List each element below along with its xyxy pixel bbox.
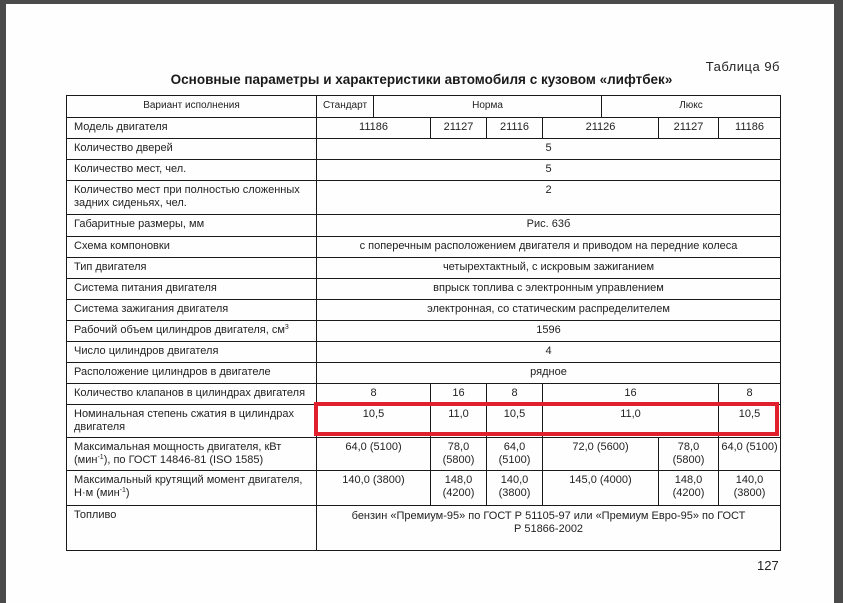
row-value: бензин «Премиум-95» по ГОСТ Р 51105-97 и… [316,505,781,551]
row-label: Количество мест, чел. [66,159,317,181]
row-label: Рабочий объем цилиндров двигателя, см3 [66,320,317,342]
header-group-1: Стандарт [316,95,374,118]
row-value: 64,0 (5100) [316,437,431,471]
row-label: Расположение цилиндров в двигателе [66,362,317,384]
row-value: 145,0 (4000) [542,470,659,506]
row-value: 10,5 [718,404,781,438]
row-value: 72,0 (5600) [542,437,659,471]
row-value: 4 [316,341,781,363]
row-label: Число цилиндров двигателя [66,341,317,363]
row-label: Система зажигания двигателя [66,299,317,321]
row-value: 16 [430,383,487,405]
row-label: Максимальная мощность двигателя, кВт (ми… [66,437,317,471]
row-value: 64,0 (5100) [718,437,781,471]
row-value: 21126 [542,117,659,139]
row-value: 140,0 (3800) [486,470,543,506]
row-value: 148,0 (4200) [430,470,487,506]
table-title: Основные параметры и характеристики авто… [0,72,843,87]
row-value: 8 [718,383,781,405]
row-value: впрыск топлива с электронным управлением [316,278,781,300]
row-label: Топливо [66,505,317,551]
row-value: 11186 [718,117,781,139]
row-value: Рис. 63б [316,214,781,237]
row-value: 2 [316,180,781,215]
row-label: Количество клапанов в цилиндрах двигател… [66,383,317,405]
row-value: 21116 [486,117,543,139]
row-value: 11,0 [430,404,487,438]
row-label: Модель двигателя [66,117,317,139]
row-value: 148,0 (4200) [658,470,719,506]
row-value: 11186 [316,117,431,139]
row-value: 11,0 [542,404,719,438]
row-value: 16 [542,383,719,405]
row-value: 64,0 (5100) [486,437,543,471]
row-value: с поперечным расположением двигателя и п… [316,236,781,258]
row-value: 140,0 (3800) [718,470,781,506]
row-value: 78,0 (5800) [658,437,719,471]
row-value: 21127 [658,117,719,139]
row-value: 8 [316,383,431,405]
row-value: 1596 [316,320,781,342]
row-label: Максимальный крутящий момент двигателя, … [66,470,317,506]
row-value: 10,5 [486,404,543,438]
row-label: Количество дверей [66,138,317,160]
row-value: четырехтактный, с искровым зажиганием [316,257,781,279]
header-group-3: Люкс [601,95,781,118]
row-value: 10,5 [316,404,431,438]
row-label: Количество мест при полностью сложенных … [66,180,317,215]
row-label: Тип двигателя [66,257,317,279]
row-label: Система питания двигателя [66,278,317,300]
row-value: 5 [316,159,781,181]
row-value: 78,0 (5800) [430,437,487,471]
row-value: электронная, со статическим распределите… [316,299,781,321]
row-value: 21127 [430,117,487,139]
row-value: 5 [316,138,781,160]
header-group-2: Норма [373,95,602,118]
row-label: Габаритные размеры, мм [66,214,317,237]
row-value: 140,0 (3800) [316,470,431,506]
page-number: 127 [757,558,779,573]
row-label: Схема компоновки [66,236,317,258]
row-value: 8 [486,383,543,405]
row-label: Номинальная степень сжатия в цилиндрах д… [66,404,317,438]
row-value: рядное [316,362,781,384]
header-label: Вариант исполнения [66,95,317,118]
